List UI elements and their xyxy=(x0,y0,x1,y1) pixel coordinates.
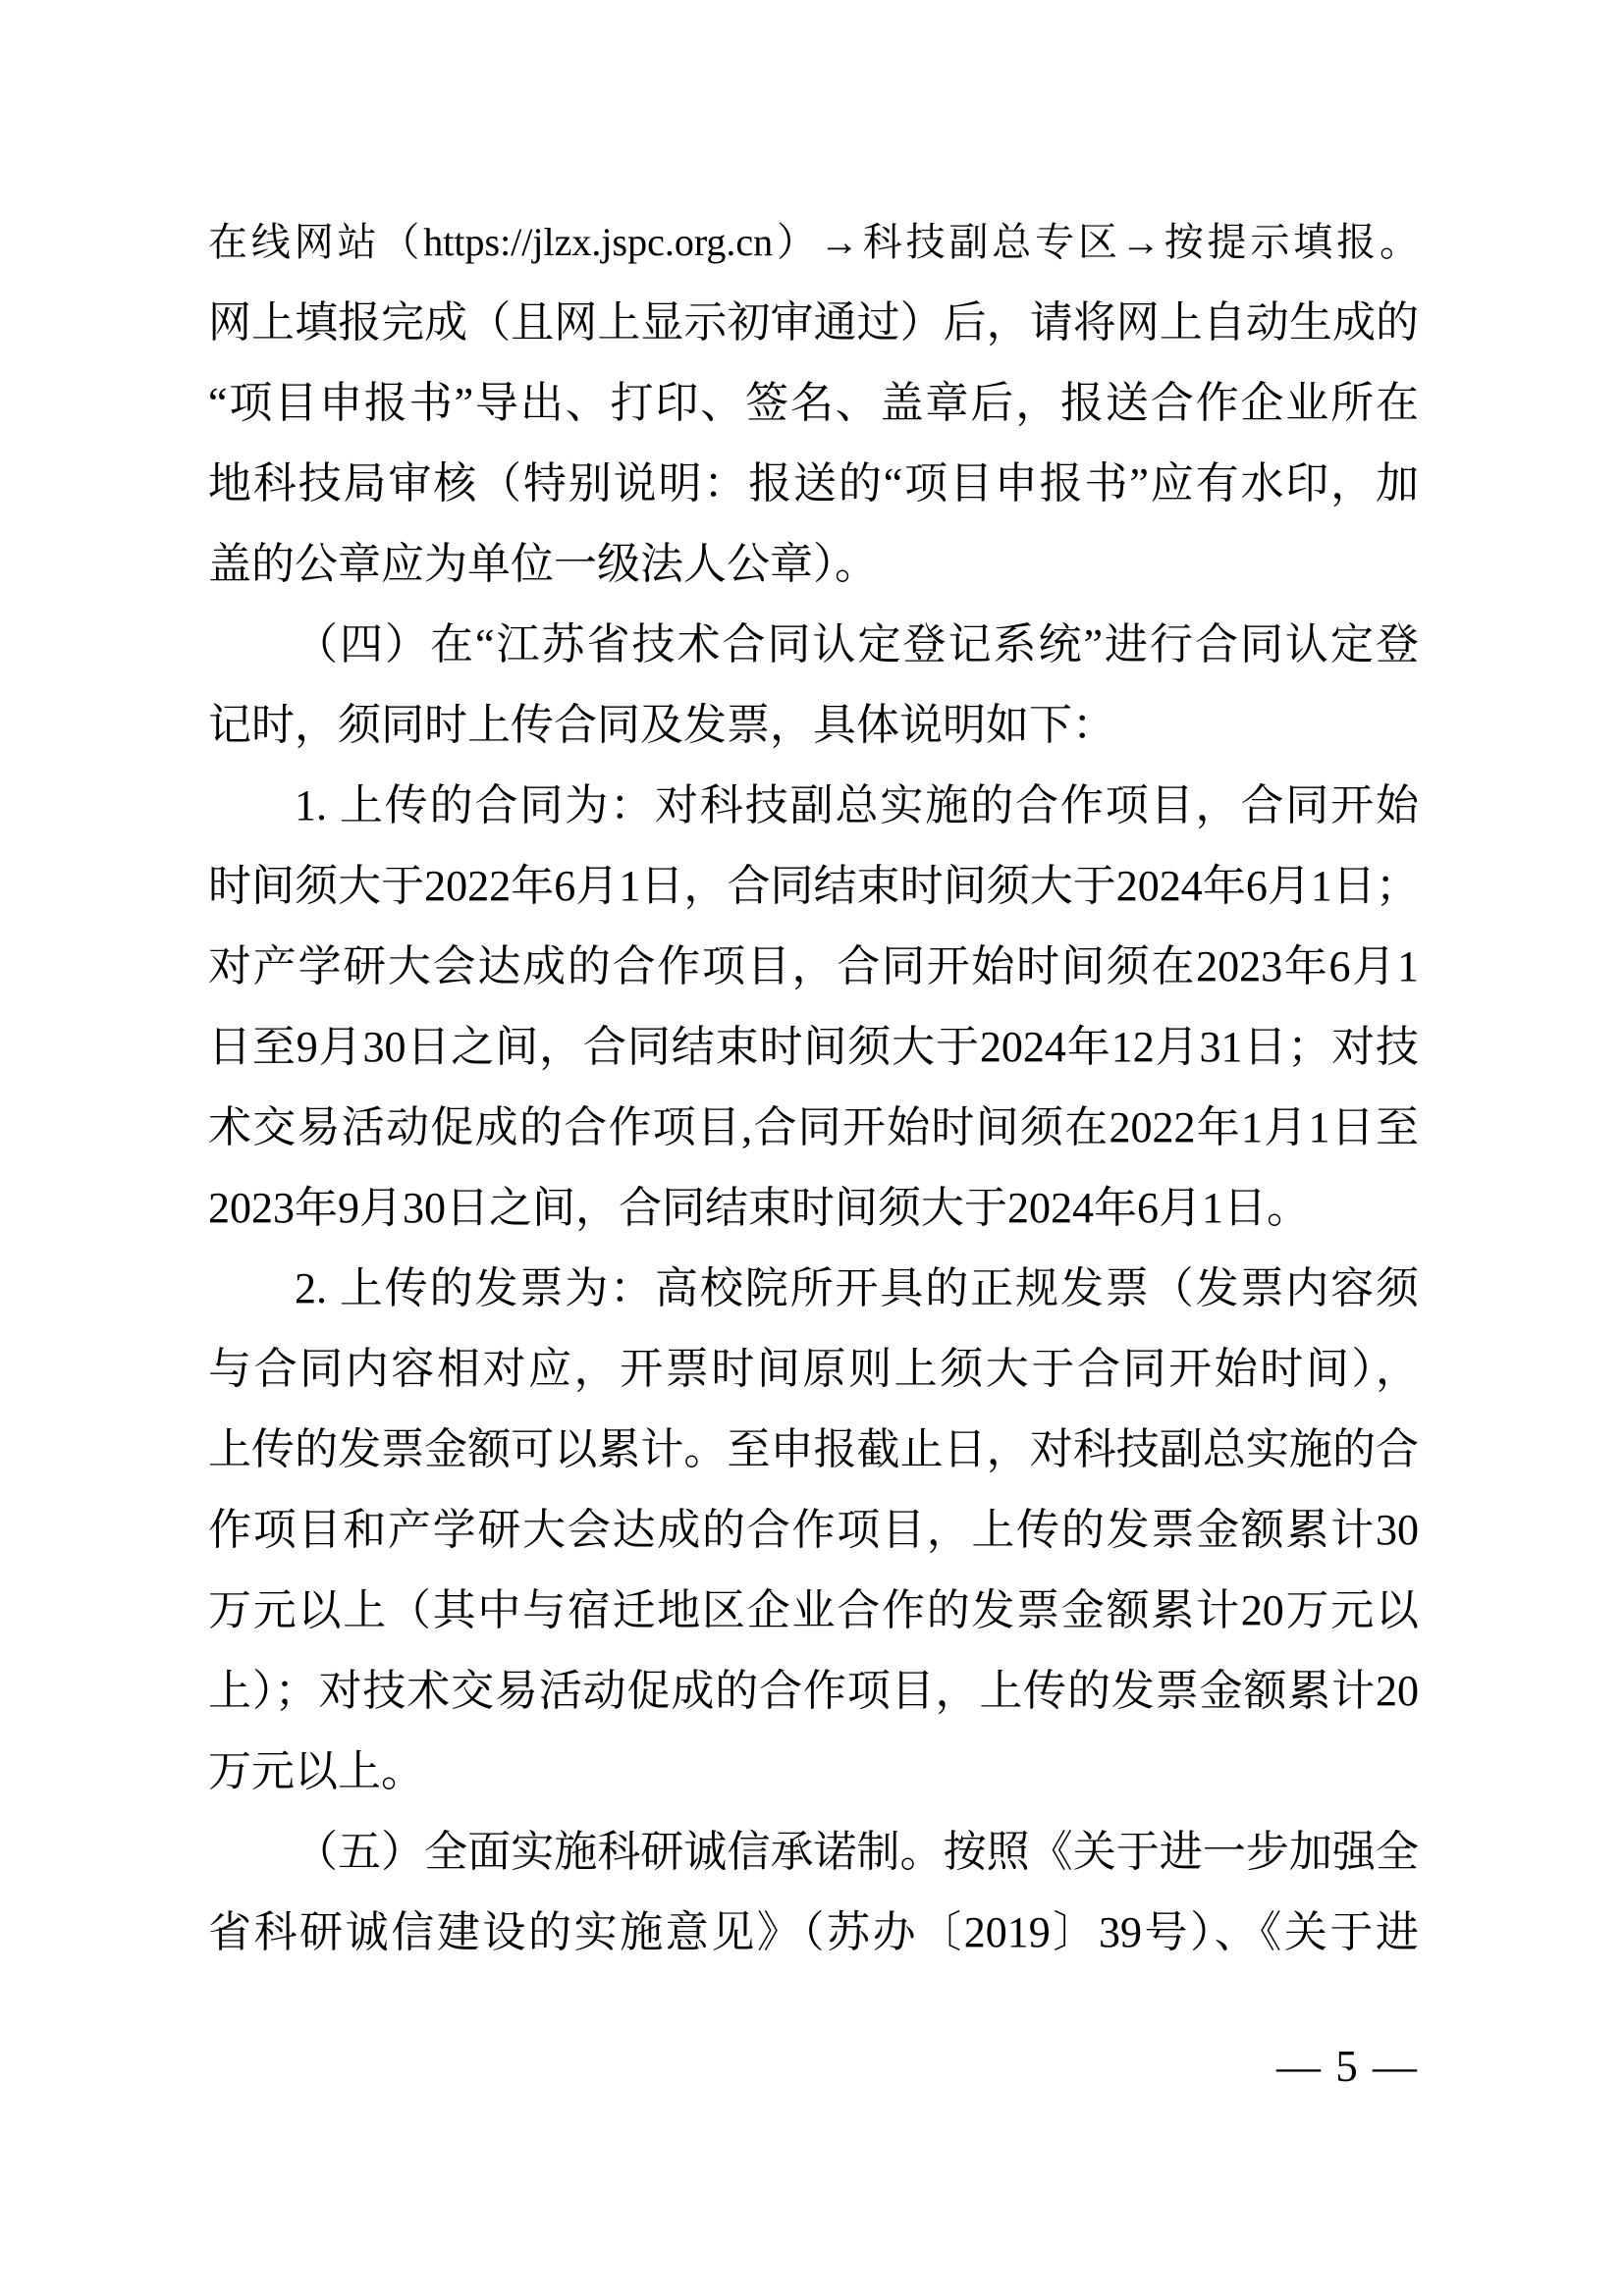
text-line: （四）在“江苏省技术合同认定登记系统”进行合同认定登 xyxy=(208,605,1419,685)
text-line: 时间须大于2022年6月1日，合同结束时间须大于2024年6月1日； xyxy=(208,846,1419,927)
text-line: 盖的公章应为单位一级法人公章）。 xyxy=(208,524,1419,605)
text-line: 2023年9月30日之间，合同结束时间须大于2024年6月1日。 xyxy=(208,1168,1419,1249)
text-line: （五）全面实施科研诚信承诺制。按照《关于进一步加强全 xyxy=(208,1812,1419,1893)
page-number: — 5 — xyxy=(208,2032,1419,2101)
text-line: 日至9月30日之间，合同结束时间须大于2024年12月31日；对技 xyxy=(208,1007,1419,1088)
text-line: 省科研诚信建设的实施意见》（苏办〔2019〕39号）、《关于进 xyxy=(208,1893,1419,1973)
text-line: 1. 上传的合同为：对科技副总实施的合作项目，合同开始 xyxy=(208,766,1419,846)
text-line: 2. 上传的发票为：高校院所开具的正规发票（发票内容须 xyxy=(208,1249,1419,1329)
text-line: “项目申报书”导出、打印、签名、盖章后，报送合作企业所在 xyxy=(208,363,1419,444)
text-line: 万元以上（其中与宿迁地区企业合作的发票金额累计20万元以 xyxy=(208,1571,1419,1651)
text-line: 网上填报完成（且网上显示初审通过）后，请将网上自动生成的 xyxy=(208,283,1419,363)
text-line: 万元以上。 xyxy=(208,1732,1419,1812)
text-line: 在线网站（https://jlzx.jspc.org.cn）→科技副总专区→按提… xyxy=(208,202,1419,283)
text-line: 记时，须同时上传合同及发票，具体说明如下： xyxy=(208,685,1419,766)
document-page: 在线网站（https://jlzx.jspc.org.cn）→科技副总专区→按提… xyxy=(0,0,1624,2296)
text-line: 作项目和产学研大会达成的合作项目，上传的发票金额累计30 xyxy=(208,1490,1419,1571)
text-line: 地科技局审核（特别说明：报送的“项目申报书”应有水印，加 xyxy=(208,444,1419,524)
text-line: 上）；对技术交易活动促成的合作项目，上传的发票金额累计20 xyxy=(208,1651,1419,1732)
text-line: 术交易活动促成的合作项目,合同开始时间须在2022年1月1日至 xyxy=(208,1088,1419,1168)
text-line: 与合同内容相对应，开票时间原则上须大于合同开始时间）， xyxy=(208,1329,1419,1410)
text-line: 对产学研大会达成的合作项目，合同开始时间须在2023年6月1 xyxy=(208,927,1419,1007)
text-line: 上传的发票金额可以累计。至申报截止日，对科技副总实施的合 xyxy=(208,1410,1419,1490)
document-body: 在线网站（https://jlzx.jspc.org.cn）→科技副总专区→按提… xyxy=(208,202,1419,1973)
